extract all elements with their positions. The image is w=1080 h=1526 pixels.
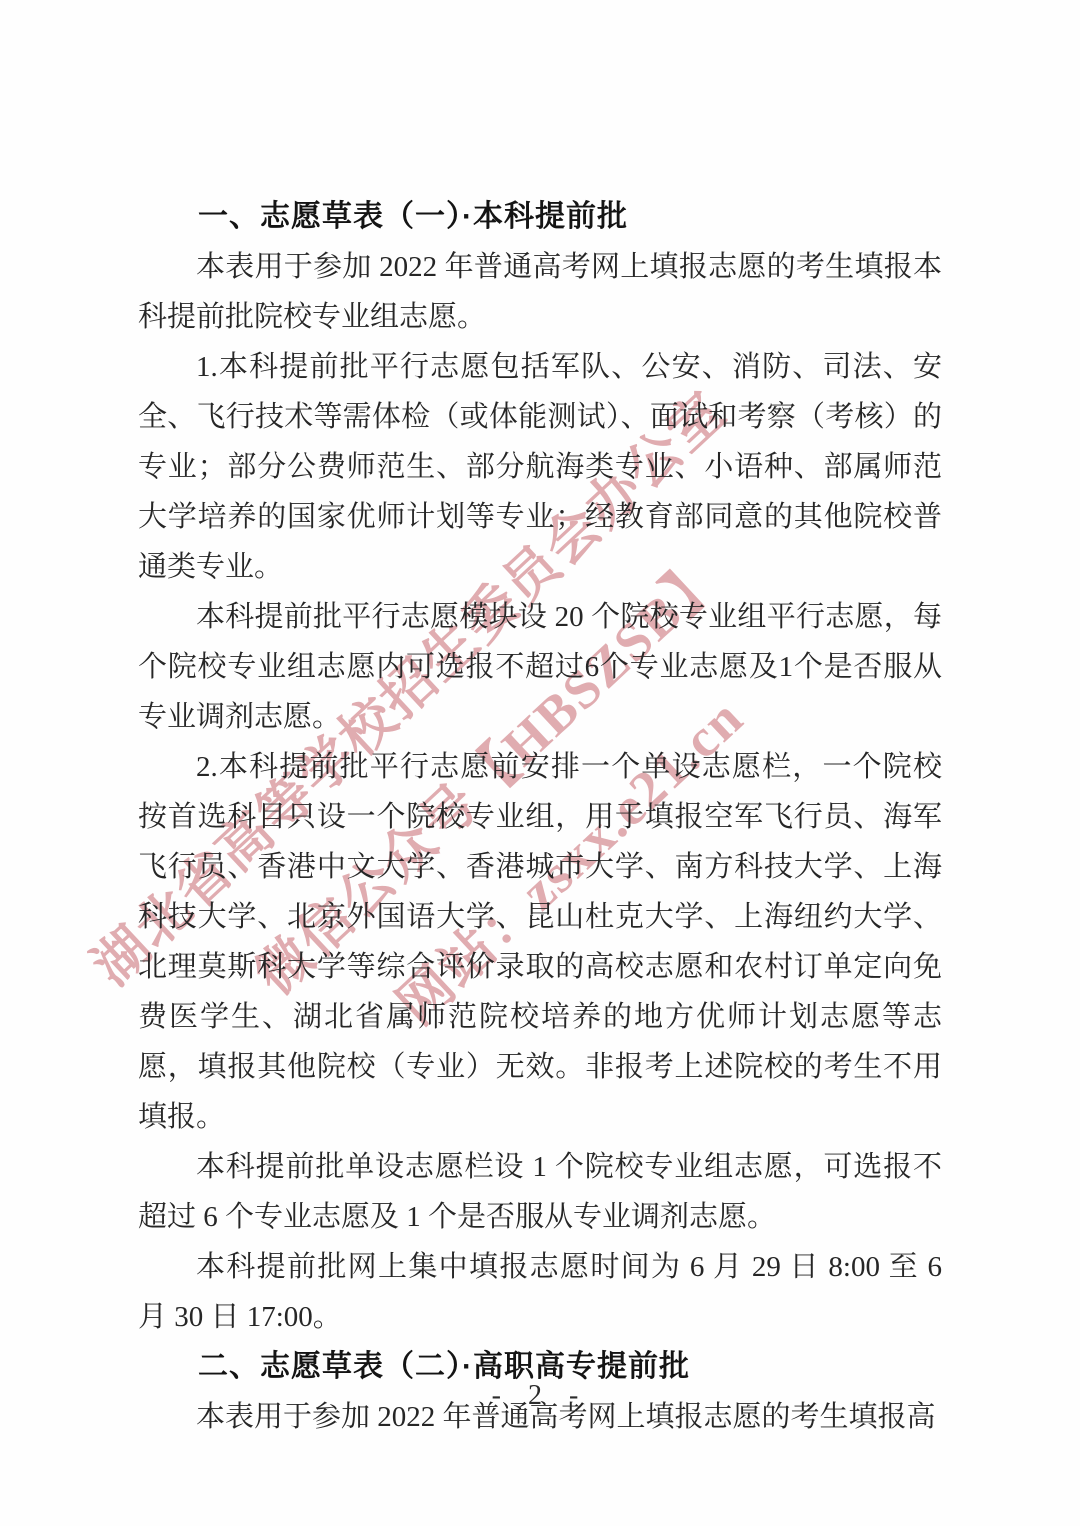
section-1-heading: 一、志愿草表（一）·本科提前批 bbox=[138, 192, 942, 242]
scanned-document-page: 湖北省高等学校招生委员会办公室 微信公众号【HBSZSB】 网站：zsxx.e2… bbox=[0, 0, 1080, 1526]
document-content: 一、志愿草表（一）·本科提前批 本表用于参加 2022 年普通高考网上填报志愿的… bbox=[138, 192, 942, 1442]
page-number: - 2 - bbox=[0, 1380, 1080, 1412]
paragraph: 本科提前批单设志愿栏设 1 个院校专业组志愿，可选报不超过 6 个专业志愿及 1… bbox=[138, 1142, 942, 1242]
paragraph: 2.本科提前批平行志愿前安排一个单设志愿栏，一个院校按首选科目只设一个院校专业组… bbox=[138, 742, 942, 1142]
paragraph: 本表用于参加 2022 年普通高考网上填报志愿的考生填报本科提前批院校专业组志愿… bbox=[138, 242, 942, 342]
paragraph: 本科提前批网上集中填报志愿时间为 6 月 29 日 8:00 至 6 月 30 … bbox=[138, 1242, 942, 1342]
paragraph: 1.本科提前批平行志愿包括军队、公安、消防、司法、安全、飞行技术等需体检（或体能… bbox=[138, 342, 942, 592]
paragraph: 本科提前批平行志愿模块设 20 个院校专业组平行志愿，每个院校专业组志愿内可选报… bbox=[138, 592, 942, 742]
